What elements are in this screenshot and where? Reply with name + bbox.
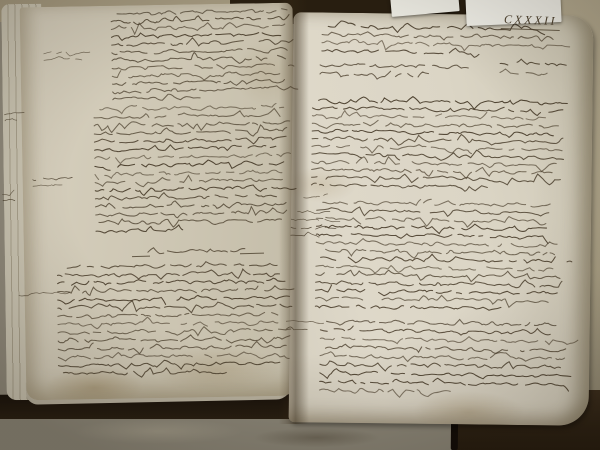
handwriting-paragraph (307, 194, 579, 326)
handwriting-paragraph (49, 257, 300, 390)
handwriting-paragraph (492, 55, 578, 90)
handwriting-paragraph (86, 98, 303, 247)
marginal-note (5, 284, 74, 310)
manuscript-photo: CXXXII (0, 0, 600, 450)
marginal-note (0, 185, 24, 216)
folio-number: CXXXII (501, 12, 561, 31)
handwriting-paragraph (312, 57, 480, 93)
handwriting-paragraph (311, 313, 582, 410)
marginal-note (282, 203, 344, 253)
marginal-note (36, 44, 101, 75)
marginal-note (0, 105, 28, 136)
handwriting-paragraph (303, 92, 574, 204)
marginal-note (25, 170, 84, 201)
handwriting-layer (0, 0, 600, 450)
marginal-note (277, 313, 338, 347)
